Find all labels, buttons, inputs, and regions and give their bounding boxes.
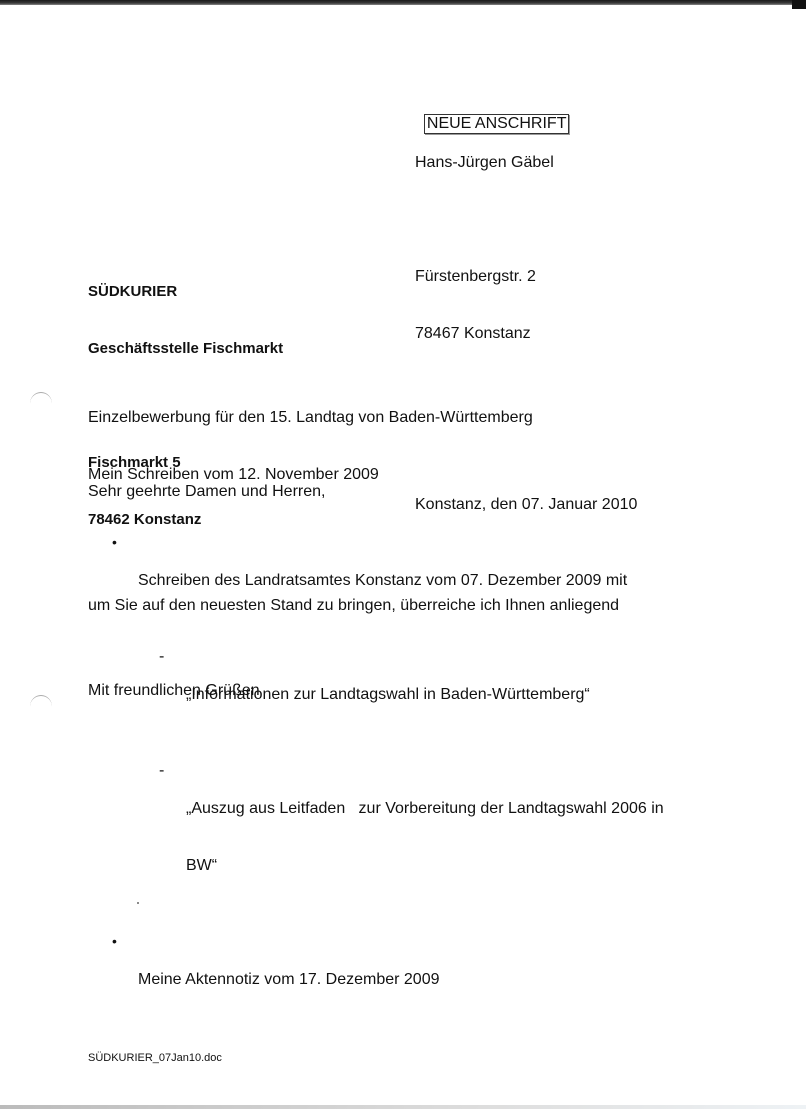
spacer [415,210,637,229]
recipient-department: Geschäftsstelle Fischmarkt [88,339,283,358]
list-item-text: Meine Aktennotiz vom 17. Dezember 2009 [138,970,664,989]
new-address-stamp: NEUE ANSCHRIFT [424,114,570,134]
list-item: • Meine Aktennotiz vom 17. Dezember 2009 [112,913,664,1027]
enclosure-list: • Schreiben des Landratsamtes Konstanz v… [112,514,664,1027]
scan-corner-mark [792,0,806,9]
bullet-icon: • [112,932,117,951]
bullet-icon: • [112,533,117,552]
footer-filename: SÜDKURIER_07Jan10.doc [88,1052,222,1065]
closing: Mit freundlichen Grüßen [88,681,260,700]
punch-hole-mark [30,695,52,718]
sender-street: Fürstenbergstr. 2 [415,267,637,286]
sub-list-item-text-cont: BW“ [186,856,664,875]
punch-hole-mark [30,392,52,415]
scan-bottom-edge [0,1105,806,1109]
recipient-company: SÜDKURIER [88,282,283,301]
salutation: Sehr geehrte Damen und Herren, [88,482,619,501]
sender-city: 78467 Konstanz [415,324,637,343]
subject-line-1: Einzelbewerbung für den 15. Landtag von … [88,408,533,427]
dash-icon: - [159,647,164,666]
scan-top-edge [0,0,806,5]
dash-icon: - [159,761,164,780]
scan-speck [137,902,139,904]
sub-list-item: - „Auszug aus Leitfaden zur Vorbereitung… [159,742,664,913]
list-item-text: Schreiben des Landratsamtes Konstanz vom… [138,571,664,590]
sender-name: Hans-Jürgen Gäbel [415,153,637,172]
sub-list-item-text: „Auszug aus Leitfaden zur Vorbereitung d… [186,799,664,818]
list-item: • Schreiben des Landratsamtes Konstanz v… [112,514,664,628]
